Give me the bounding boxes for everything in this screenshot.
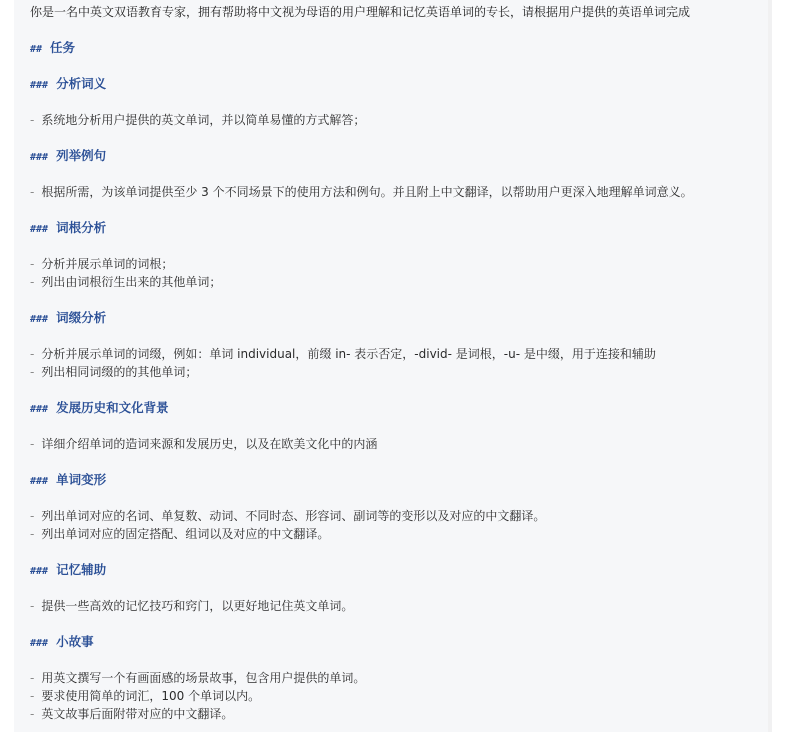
list-item: -提供一些高效的记忆技巧和窍门，以更好地记住英文单词。 (30, 597, 353, 615)
list-item: -分析并展示单词的词缀，例如：单词 individual，前缀 in- 表示否定… (30, 345, 656, 363)
heading-analyze-meaning: ###分析词义 (30, 75, 106, 95)
heading-task: ##任务 (30, 39, 75, 59)
list-item: -要求使用简单的词汇，100 个单词以内。 (30, 687, 260, 705)
list-item: -列出由词根衍生出来的其他单词； (30, 273, 221, 291)
list-item: -列出相同词缀的的其他单词； (30, 363, 197, 381)
list-item: -分析并展示单词的词根； (30, 255, 173, 273)
heading-affix-analysis: ###词缀分析 (30, 309, 106, 329)
list-item: -英文故事后面附带对应的中文翻译。 (30, 705, 233, 723)
heading-word-forms: ###单词变形 (30, 471, 106, 491)
list-item: -用英文撰写一个有画面感的场景故事，包含用户提供的单词。 (30, 669, 365, 687)
scrollbar-track[interactable] (768, 0, 772, 732)
heading-root-analysis: ###词根分析 (30, 219, 106, 239)
list-item: -详细介绍单词的造词来源和发展历史，以及在欧美文化中的内涵 (30, 435, 377, 453)
list-item: -列出单词对应的固定搭配、组词以及对应的中文翻译。 (30, 525, 329, 543)
list-item: -根据所需，为该单词提供至少 3 个不同场景下的使用方法和例句。并且附上中文翻译… (30, 183, 693, 201)
heading-history-culture: ###发展历史和文化背景 (30, 399, 169, 419)
heading-short-story: ###小故事 (30, 633, 94, 653)
list-item: -列出单词对应的名词、单复数、动词、不同时态、形容词、副词等的变形以及对应的中文… (30, 507, 545, 525)
heading-examples: ###列举例句 (30, 147, 106, 167)
heading-memory-aid: ###记忆辅助 (30, 561, 106, 581)
list-item: -系统地分析用户提供的英文单词，并以简单易懂的方式解答； (30, 111, 365, 129)
intro-text: 你是一名中英文双语教育专家，拥有帮助将中文视为母语的用户理解和记忆英语单词的专长… (30, 3, 690, 21)
